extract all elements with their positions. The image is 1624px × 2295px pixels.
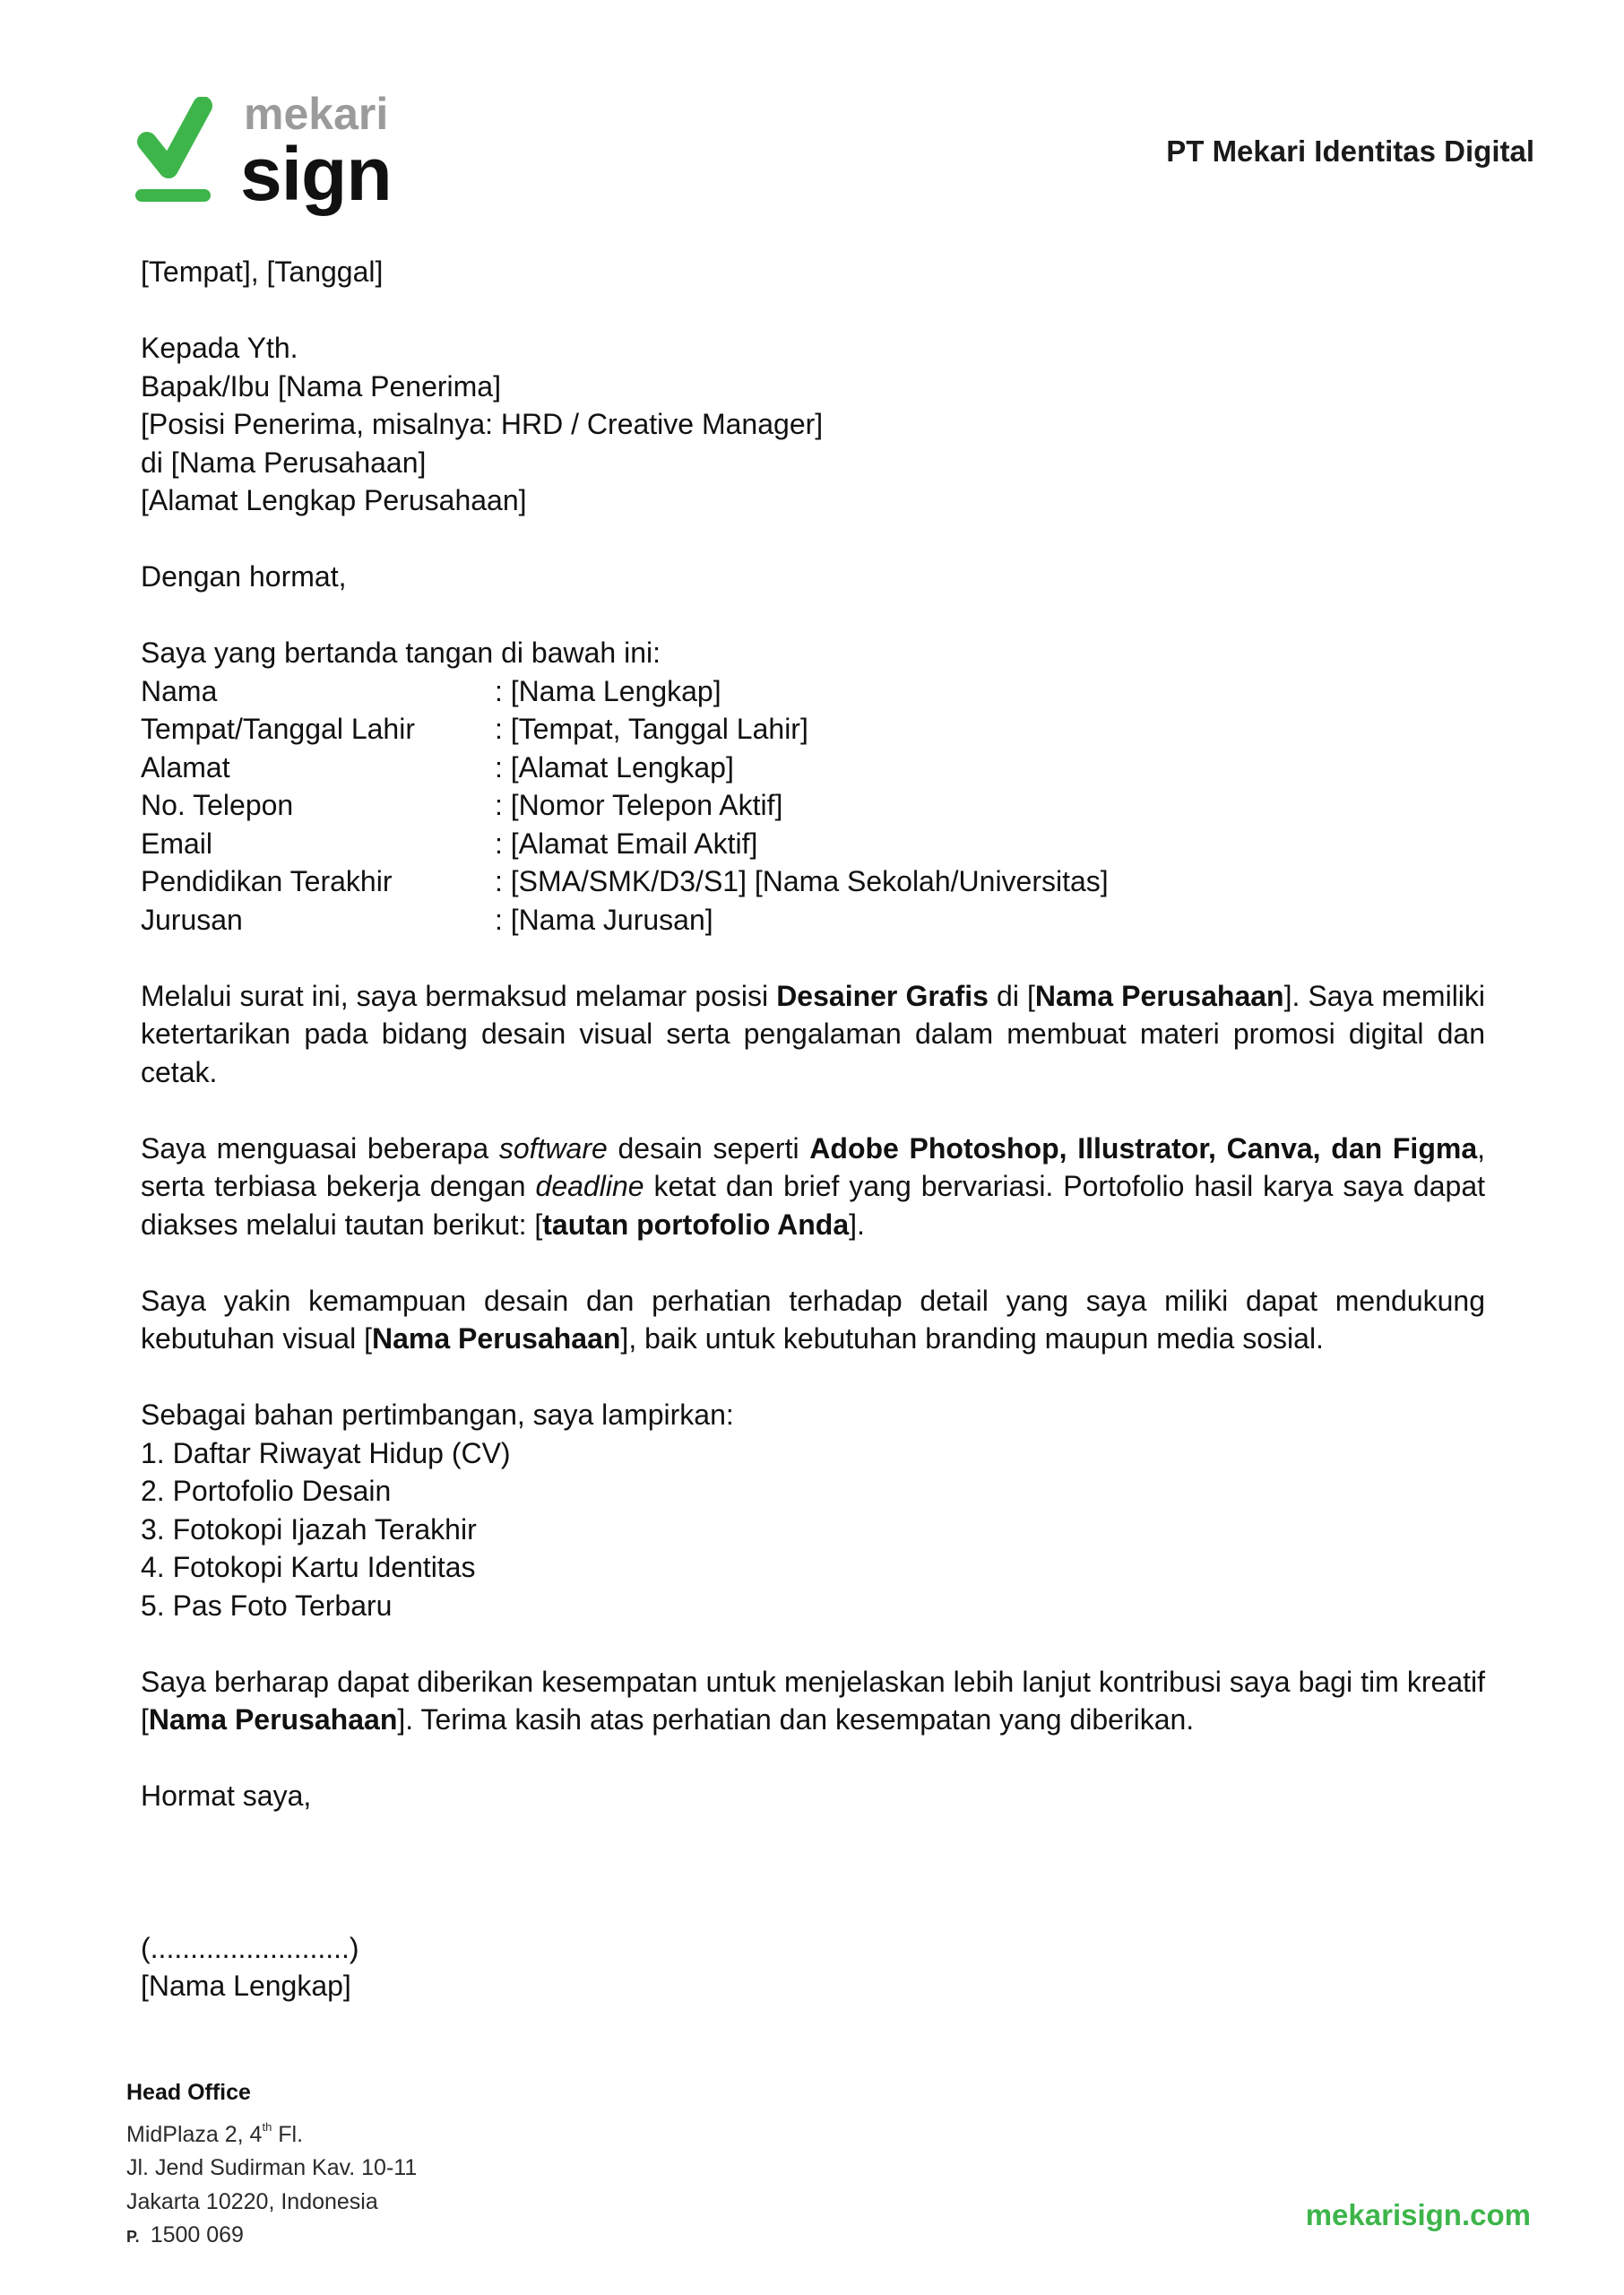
identity-row: Alamat: [Alamat Lengkap] xyxy=(141,749,1485,787)
footer-line: Jakarta 10220, Indonesia xyxy=(126,2186,417,2220)
closing: Hormat saya, xyxy=(141,1777,1485,1815)
checkmark-underline-icon xyxy=(134,97,215,204)
recipient-line: Kepada Yth. xyxy=(141,329,1485,368)
field-label: Tempat/Tanggal Lahir xyxy=(141,710,495,749)
field-label: Nama xyxy=(141,672,495,711)
identity-row: Email: [Alamat Email Aktif] xyxy=(141,825,1485,863)
attachment-item: 2. Portofolio Desain xyxy=(141,1472,1485,1511)
mekari-sign-logo: mekari sign xyxy=(134,97,403,222)
website-link[interactable]: mekarisign.com xyxy=(1306,2198,1531,2232)
attachments-intro: Sebagai bahan pertimbangan, saya lampirk… xyxy=(141,1396,1485,1434)
identity-intro: Saya yang bertanda tangan di bawah ini: xyxy=(141,634,1485,672)
field-value: : [Alamat Lengkap] xyxy=(495,749,734,787)
field-label: Jurusan xyxy=(141,901,495,940)
footer-line: Jl. Jend Sudirman Kav. 10-11 xyxy=(126,2152,417,2186)
footer-line: MidPlaza 2, 4th Fl. xyxy=(126,2110,417,2152)
place-date: [Tempat], [Tanggal] xyxy=(141,253,1485,291)
field-value: : [Nama Lengkap] xyxy=(495,672,721,711)
attachment-item: 1. Daftar Riwayat Hidup (CV) xyxy=(141,1434,1485,1473)
field-label: No. Telepon xyxy=(141,786,495,825)
company-name: PT Mekari Identitas Digital xyxy=(1166,134,1534,169)
paragraph-position: Melalui surat ini, saya bermaksud melama… xyxy=(141,977,1485,1092)
signer-name: [Nama Lengkap] xyxy=(141,1967,1485,2005)
logo-word-sign: sign xyxy=(240,136,392,212)
identity-row: Pendidikan Terakhir: [SMA/SMK/D3/S1] [Na… xyxy=(141,862,1485,901)
phone-number: 1500 069 xyxy=(151,2222,244,2247)
footer-title: Head Office xyxy=(126,2076,417,2110)
paragraph-motivation: Saya yakin kemampuan desain dan perhatia… xyxy=(141,1282,1485,1358)
recipient-block: Kepada Yth. Bapak/Ibu [Nama Penerima] [P… xyxy=(141,329,1485,520)
field-value: : [Tempat, Tanggal Lahir] xyxy=(495,710,808,749)
identity-row: No. Telepon: [Nomor Telepon Aktif] xyxy=(141,786,1485,825)
identity-table: Nama: [Nama Lengkap] Tempat/Tanggal Lahi… xyxy=(141,672,1485,940)
recipient-line: [Posisi Penerima, misalnya: HRD / Creati… xyxy=(141,405,1485,444)
identity-row: Jurusan: [Nama Jurusan] xyxy=(141,901,1485,940)
attachment-item: 5. Pas Foto Terbaru xyxy=(141,1587,1485,1625)
field-value: : [Alamat Email Aktif] xyxy=(495,825,757,863)
signature-line: (.........................) xyxy=(141,1929,1485,1968)
identity-row: Nama: [Nama Lengkap] xyxy=(141,672,1485,711)
attachment-item: 4. Fotokopi Kartu Identitas xyxy=(141,1548,1485,1587)
attachments-list: 1. Daftar Riwayat Hidup (CV) 2. Portofol… xyxy=(141,1434,1485,1625)
footer-address: Head Office MidPlaza 2, 4th Fl. Jl. Jend… xyxy=(126,2076,417,2255)
recipient-line: Bapak/Ibu [Nama Penerima] xyxy=(141,368,1485,406)
recipient-line: di [Nama Perusahaan] xyxy=(141,444,1485,482)
field-value: : [Nama Jurusan] xyxy=(495,901,713,940)
field-label: Alamat xyxy=(141,749,495,787)
recipient-line: [Alamat Lengkap Perusahaan] xyxy=(141,481,1485,520)
field-label: Pendidikan Terakhir xyxy=(141,862,495,901)
field-value: : [Nomor Telepon Aktif] xyxy=(495,786,782,825)
paragraph-closing: Saya berharap dapat diberikan kesempatan… xyxy=(141,1663,1485,1739)
identity-row: Tempat/Tanggal Lahir: [Tempat, Tanggal L… xyxy=(141,710,1485,749)
phone-label: P. xyxy=(126,2228,140,2246)
letter-body: [Tempat], [Tanggal] Kepada Yth. Bapak/Ib… xyxy=(141,253,1485,2005)
field-label: Email xyxy=(141,825,495,863)
field-value: : [SMA/SMK/D3/S1] [Nama Sekolah/Universi… xyxy=(495,862,1109,901)
footer-phone: P.1500 069 xyxy=(126,2219,417,2255)
attachment-item: 3. Fotokopi Ijazah Terakhir xyxy=(141,1511,1485,1549)
logo-word-mekari: mekari xyxy=(244,91,388,136)
paragraph-skills: Saya menguasai beberapa software desain … xyxy=(141,1130,1485,1244)
greeting: Dengan hormat, xyxy=(141,558,1485,596)
